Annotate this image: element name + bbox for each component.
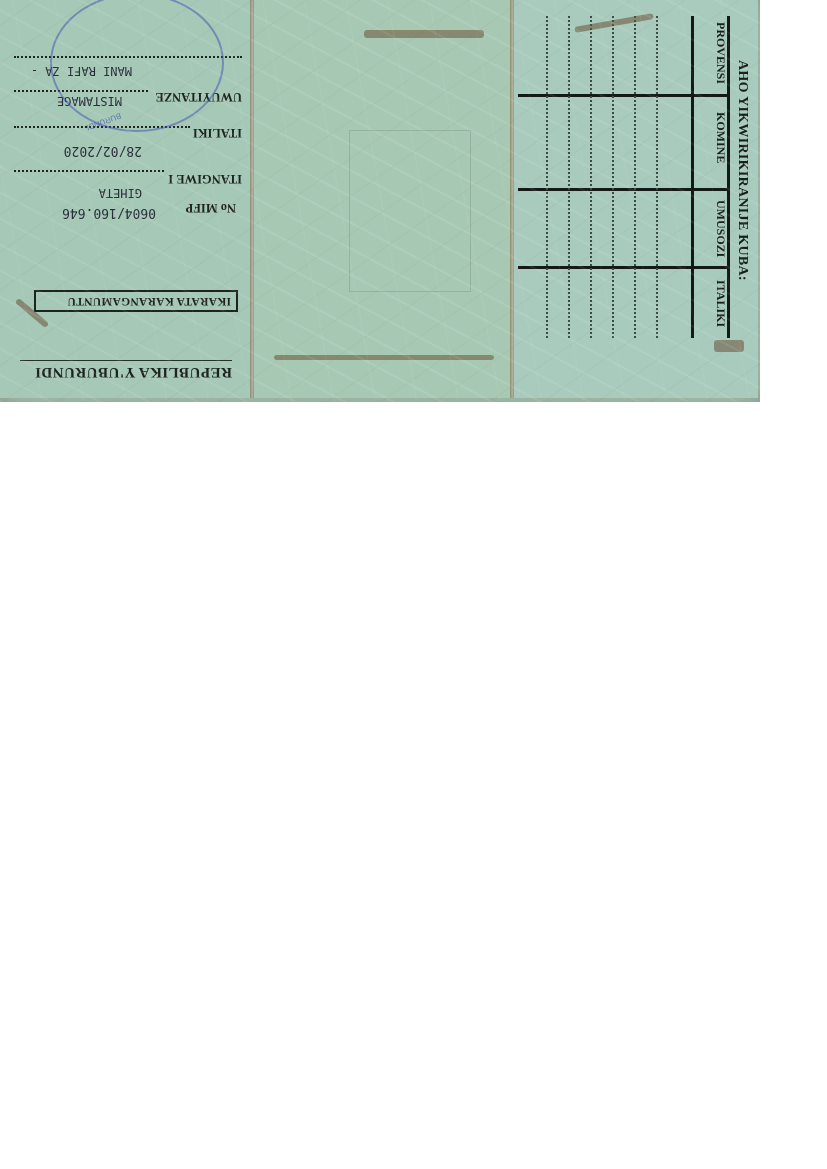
entry-line	[546, 16, 548, 338]
column-komine: KOMINE	[713, 112, 728, 163]
residence-panel-content: AHO YIKWIRIKIRANIJE KUBA: PROVENSI KOMIN…	[514, 0, 758, 398]
field-label-italiki: ITALIKI	[193, 125, 242, 140]
entry-line	[612, 16, 614, 338]
republic-header: REPUBLIKA Y'UBURUNDI	[20, 360, 232, 380]
front-panel-content: REPUBLIKA Y'UBURUNDI IKARATA KARANGAMUNT…	[0, 0, 252, 398]
column-provensi: PROVENSI	[713, 22, 728, 84]
dotted-line	[14, 170, 164, 172]
entry-line	[568, 16, 570, 338]
photo-area	[349, 130, 471, 292]
residence-panel: AHO YIKWIRIKIRANIJE KUBA: PROVENSI KOMIN…	[514, 0, 758, 398]
residence-title: AHO YIKWIRIKIRANIJE KUBA:	[734, 60, 750, 281]
field-value-mifp: 0604/160.646	[62, 205, 156, 220]
column-italiki: ITALIKI	[713, 280, 728, 327]
field-label-itangiwe: ITANGIWE I	[168, 171, 242, 186]
id-card-scan: REPUBLIKA Y'UBURUNDI IKARATA KARANGAMUNT…	[0, 0, 760, 402]
table-divider	[518, 266, 730, 269]
table-divider	[518, 188, 730, 191]
stain	[364, 30, 484, 38]
middle-panel	[254, 0, 512, 398]
field-value-italiki: 28/02/2020	[64, 143, 142, 158]
entry-line	[634, 16, 636, 338]
field-value-itangiwe: GIHETA	[99, 186, 142, 200]
entry-line	[656, 16, 658, 338]
card-title: IKARATA KARANGAMUNTU	[34, 290, 238, 312]
entry-line	[590, 16, 592, 338]
field-label-mifp: No MIFP	[186, 200, 236, 215]
front-panel: REPUBLIKA Y'UBURUNDI IKARATA KARANGAMUNT…	[0, 0, 252, 398]
stain	[714, 340, 744, 352]
stain	[274, 355, 494, 360]
table-border	[691, 16, 694, 338]
table-divider	[518, 94, 730, 97]
column-umusozi: UMUSOZI	[713, 200, 728, 257]
stamp-text: BURUNDI	[85, 111, 122, 132]
official-stamp: BURUNDI	[50, 0, 224, 132]
